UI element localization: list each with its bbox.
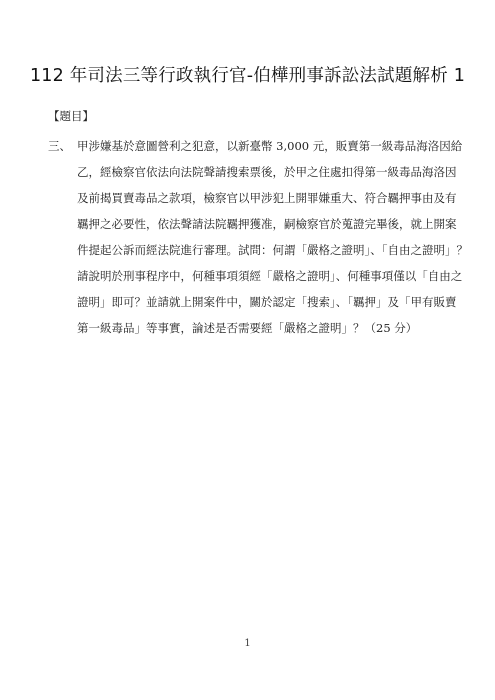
question-line: 羈押之必要性，依法聲請法院羈押獲准，嗣檢察官於蒐證完畢後，就上開案 — [48, 211, 458, 237]
question-line: 及前揭買賣毒品之款項，檢察官以甲涉犯上開罪嫌重大、符合羈押事由及有 — [48, 185, 458, 211]
question-text: 甲涉嫌基於意圖營利之犯意，以新臺幣 3,000 元，販賣第一級毒品海洛因給 — [77, 139, 462, 153]
question-block: 三、甲涉嫌基於意圖營利之犯意，以新臺幣 3,000 元，販賣第一級毒品海洛因給 … — [48, 133, 458, 341]
question-number: 三、 — [48, 133, 77, 159]
section-label-question: 【題目】 — [48, 108, 94, 124]
question-line: 乙，經檢察官依法向法院聲請搜索票後，於甲之住處扣得第一級毒品海洛因 — [48, 159, 458, 185]
page-number: 1 — [0, 638, 495, 649]
question-line: 證明」即可？並請就上開案件中，關於認定「搜索」、「羈押」及「甲有販賣 — [48, 289, 458, 315]
question-line: 第一級毒品」等事實，論述是否需要經「嚴格之證明」？（25 分） — [48, 315, 458, 341]
page-title: 112 年司法三等行政執行官-伯樺刑事訴訟法試題解析 1 — [0, 62, 495, 87]
question-line: 三、甲涉嫌基於意圖營利之犯意，以新臺幣 3,000 元，販賣第一級毒品海洛因給 — [48, 133, 458, 159]
question-line: 請說明於刑事程序中，何種事項須經「嚴格之證明」、何種事項僅以「自由之 — [48, 263, 458, 289]
question-line: 件提起公訴而經法院進行審理。試問：何謂「嚴格之證明」、「自由之證明」？ — [48, 237, 458, 263]
